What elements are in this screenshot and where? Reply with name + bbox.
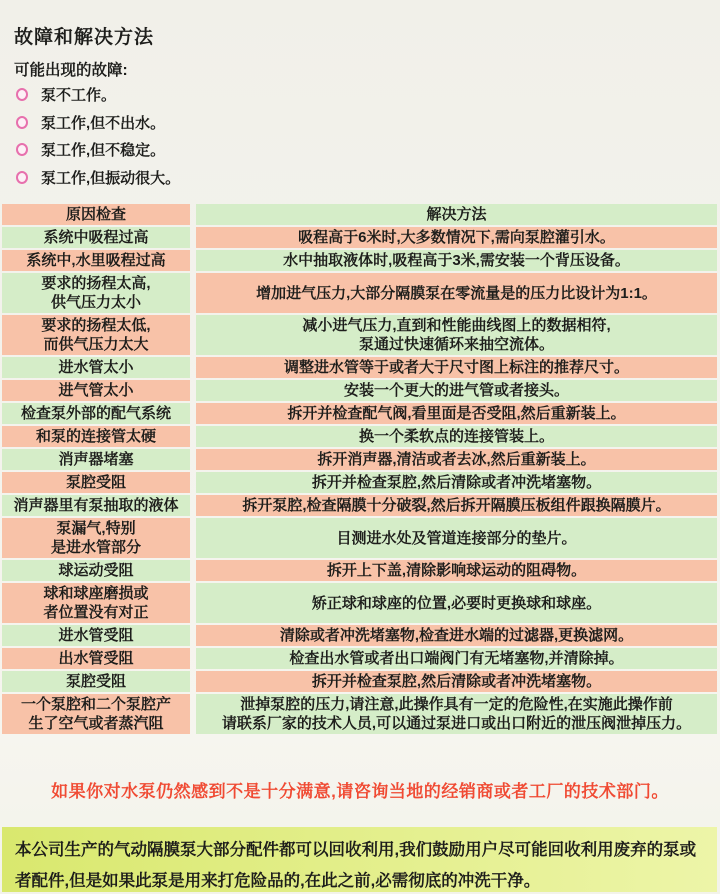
cause-cell: 要求的扬程太高, 供气压力太小 <box>2 273 190 313</box>
page-title: 故障和解决方法 <box>14 22 154 49</box>
cause-cell: 消声器堵塞 <box>2 449 190 470</box>
bullet-icon <box>16 143 28 156</box>
solution-cell: 拆开泵腔,检查隔膜十分破裂,然后拆开隔膜压板组件跟换隔膜片。 <box>196 495 717 516</box>
table-row: 出水管受阻检查出水管或者出口端阀门有无堵塞物,并清除掉。 <box>2 648 717 669</box>
cause-cell: 系统中,水里吸程过高 <box>2 250 190 271</box>
recycling-note-box: 本公司生产的气动隔膜泵大部分配件都可以回收利用,我们鼓励用户尽可能回收利用废弃的… <box>2 827 717 892</box>
fault-text: 泵工作,但振动很大。 <box>41 167 180 188</box>
table-row: 消声器堵塞拆开消声器,清洁或者去冰,然后重新装上。 <box>2 449 717 470</box>
solution-cell: 目测进水处及管道连接部分的垫片。 <box>196 518 717 558</box>
fault-list: 泵不工作。泵工作,但不出水。泵工作,但不稳定。泵工作,但振动很大。 <box>14 81 414 191</box>
solution-cell: 矫正球和球座的位置,必要时更换球和球座。 <box>196 583 717 623</box>
solution-cell: 拆开消声器,清洁或者去冰,然后重新装上。 <box>196 449 717 470</box>
cause-cell: 检查泵外部的配气系统 <box>2 403 190 424</box>
fault-text: 泵工作,但不稳定。 <box>41 139 165 160</box>
table-row: 球和球座磨损或 者位置没有对正矫正球和球座的位置,必要时更换球和球座。 <box>2 583 717 623</box>
table-row: 检查泵外部的配气系统拆开并检查配气阀,看里面是否受阻,然后重新装上。 <box>2 403 717 424</box>
bullet-icon <box>16 116 28 129</box>
table-row: 泵腔受阻拆开并检查泵腔,然后清除或者冲洗堵塞物。 <box>2 671 717 692</box>
cause-cell: 球和球座磨损或 者位置没有对正 <box>2 583 190 623</box>
manual-page: 故障和解决方法 可能出现的故障: 泵不工作。泵工作,但不出水。泵工作,但不稳定。… <box>0 0 720 894</box>
table-row: 泵漏气,特别 是进水管部分目测进水处及管道连接部分的垫片。 <box>2 518 717 558</box>
list-item: 泵不工作。 <box>14 81 414 109</box>
table-row: 和泵的连接管太硬换一个柔软点的连接管装上。 <box>2 426 717 447</box>
solution-cell: 增加进气压力,大部分隔膜泵在零流量是的压力比设计为1:1。 <box>196 273 717 313</box>
possible-faults-label: 可能出现的故障: <box>14 58 128 80</box>
table-row: 要求的扬程太低, 而供气压力太大减小进气压力,直到和性能曲线图上的数据相符, 泵… <box>2 315 717 355</box>
list-item: 泵工作,但不稳定。 <box>14 136 414 164</box>
troubleshooting-table: 原因检查 解决方法 系统中吸程过高吸程高于6米时,大多数情况下,需向泵腔灌引水。… <box>2 204 717 734</box>
solution-cell: 拆开上下盖,清除影响球运动的阻碍物。 <box>196 560 717 581</box>
solution-cell: 拆开并检查泵腔,然后清除或者冲洗堵塞物。 <box>196 472 717 493</box>
table-row: 一个泵腔和二个泵腔产 生了空气或者蒸汽阻泄掉泵腔的压力,请注意,此操作具有一定的… <box>2 694 717 734</box>
solution-cell: 换一个柔软点的连接管装上。 <box>196 426 717 447</box>
fault-text: 泵工作,但不出水。 <box>41 112 165 133</box>
cause-cell: 一个泵腔和二个泵腔产 生了空气或者蒸汽阻 <box>2 694 190 734</box>
contact-notice: 如果你对水泵仍然感到不是十分满意,请咨询当地的经销商或者工厂的技术部门。 <box>0 777 720 802</box>
cause-cell: 球运动受阻 <box>2 560 190 581</box>
cause-cell: 进水管受阻 <box>2 625 190 646</box>
solution-column-header: 解决方法 <box>196 204 717 225</box>
list-item: 泵工作,但不出水。 <box>14 109 414 137</box>
table-row: 进水管受阻清除或者冲洗堵塞物,检查进水端的过滤器,更换滤网。 <box>2 625 717 646</box>
cause-cell: 泵腔受阻 <box>2 472 190 493</box>
recycling-note-text: 本公司生产的气动隔膜泵大部分配件都可以回收利用,我们鼓励用户尽可能回收利用废弃的… <box>15 841 696 890</box>
cause-cell: 泵漏气,特别 是进水管部分 <box>2 518 190 558</box>
solution-cell: 拆开并检查泵腔,然后清除或者冲洗堵塞物。 <box>196 671 717 692</box>
cause-cell: 系统中吸程过高 <box>2 227 190 248</box>
cause-cell: 和泵的连接管太硬 <box>2 426 190 447</box>
table-row: 进气管太小安装一个更大的进气管或者接头。 <box>2 380 717 401</box>
cause-cell: 要求的扬程太低, 而供气压力太大 <box>2 315 190 355</box>
solution-cell: 安装一个更大的进气管或者接头。 <box>196 380 717 401</box>
solution-cell: 拆开并检查配气阀,看里面是否受阻,然后重新装上。 <box>196 403 717 424</box>
table-row: 系统中,水里吸程过高水中抽取液体时,吸程高于3米,需安装一个背压设备。 <box>2 250 717 271</box>
table-row: 进水管太小调整进水管等于或者大于尺寸图上标注的推荐尺寸。 <box>2 357 717 378</box>
cause-cell: 泵腔受阻 <box>2 671 190 692</box>
table-row: 泵腔受阻拆开并检查泵腔,然后清除或者冲洗堵塞物。 <box>2 472 717 493</box>
bullet-icon <box>16 88 28 101</box>
table-row: 球运动受阻拆开上下盖,清除影响球运动的阻碍物。 <box>2 560 717 581</box>
table-row: 消声器里有泵抽取的液体拆开泵腔,检查隔膜十分破裂,然后拆开隔膜压板组件跟换隔膜片… <box>2 495 717 516</box>
cause-cell: 消声器里有泵抽取的液体 <box>2 495 190 516</box>
solution-cell: 检查出水管或者出口端阀门有无堵塞物,并清除掉。 <box>196 648 717 669</box>
solution-cell: 调整进水管等于或者大于尺寸图上标注的推荐尺寸。 <box>196 357 717 378</box>
cause-cell: 进气管太小 <box>2 380 190 401</box>
list-item: 泵工作,但振动很大。 <box>14 164 414 192</box>
cause-cell: 进水管太小 <box>2 357 190 378</box>
cause-column-header: 原因检查 <box>2 204 190 225</box>
table-row: 要求的扬程太高, 供气压力太小增加进气压力,大部分隔膜泵在零流量是的压力比设计为… <box>2 273 717 313</box>
table-row: 系统中吸程过高吸程高于6米时,大多数情况下,需向泵腔灌引水。 <box>2 227 717 248</box>
cause-cell: 出水管受阻 <box>2 648 190 669</box>
solution-cell: 减小进气压力,直到和性能曲线图上的数据相符, 泵通过快速循环来抽空流体。 <box>196 315 717 355</box>
table-header-row: 原因检查 解决方法 <box>2 204 717 225</box>
solution-cell: 水中抽取液体时,吸程高于3米,需安装一个背压设备。 <box>196 250 717 271</box>
solution-cell: 泄掉泵腔的压力,请注意,此操作具有一定的危险性,在实施此操作前 请联系厂家的技术… <box>196 694 717 734</box>
solution-cell: 清除或者冲洗堵塞物,检查进水端的过滤器,更换滤网。 <box>196 625 717 646</box>
solution-cell: 吸程高于6米时,大多数情况下,需向泵腔灌引水。 <box>196 227 717 248</box>
fault-text: 泵不工作。 <box>41 84 116 105</box>
bullet-icon <box>16 171 28 184</box>
